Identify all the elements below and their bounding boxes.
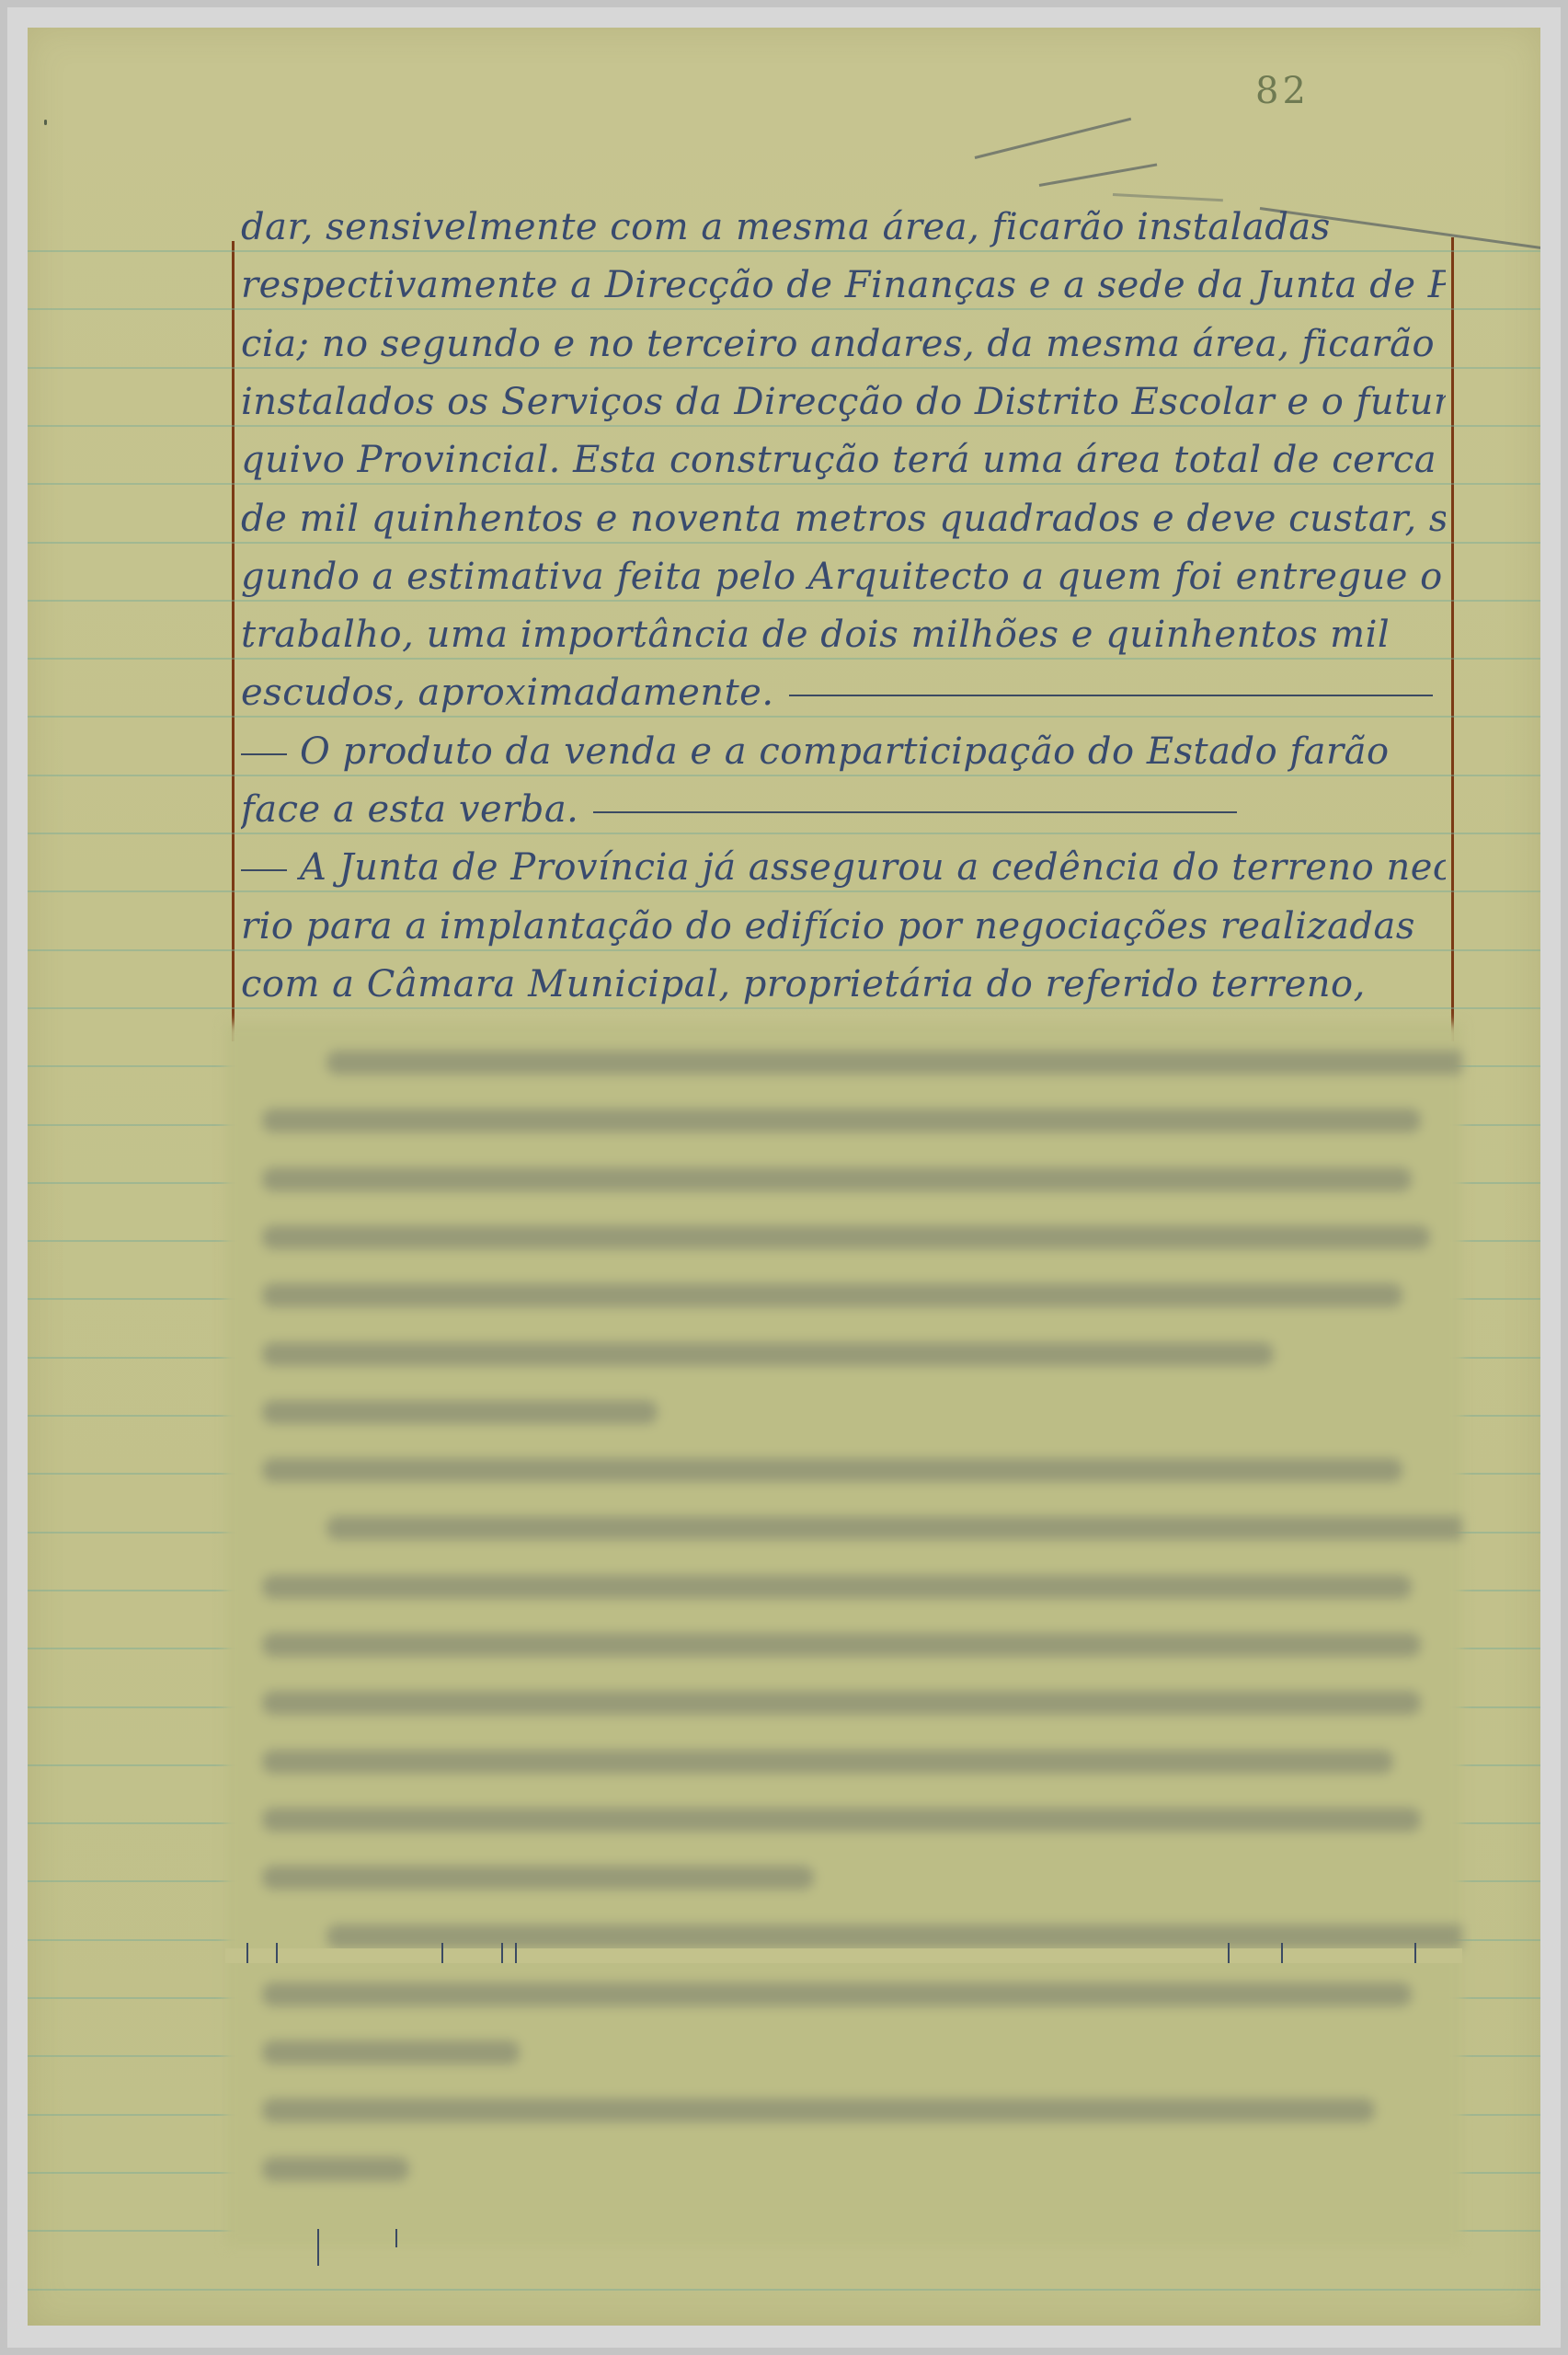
pen-stroke-fragment [441, 1943, 443, 1963]
right-margin-line [1451, 237, 1454, 1041]
handwritten-text: com a Câmara Municipal, proprietária do … [241, 963, 1366, 1005]
handwritten-line: A Junta de Província já assegurou a cedê… [241, 846, 1446, 889]
blurred-text-row [326, 1924, 1462, 1948]
blurred-text-row [262, 1808, 1421, 1832]
pen-stroke-fragment [246, 1943, 248, 1963]
blurred-text-row [262, 1342, 1274, 1366]
ruled-line [28, 833, 1540, 834]
ruled-line [28, 542, 1540, 544]
ruled-line [28, 775, 1540, 776]
ruled-line [28, 949, 1540, 951]
handwritten-text: de mil quinhentos e noventa metros quadr… [241, 498, 1446, 540]
pen-stroke-fragment [317, 2229, 319, 2266]
handwritten-line: gundo a estimativa feita pelo Arquitecto… [241, 556, 1446, 598]
blurred-text-row [262, 1691, 1421, 1715]
pen-stroke-fragment [1281, 1943, 1283, 1963]
handwritten-line: quivo Provincial. Esta construção terá u… [241, 439, 1446, 481]
blurred-text-row [262, 1283, 1402, 1307]
blurred-text-row [262, 1750, 1393, 1774]
pencil-annotation-stroke [975, 118, 1132, 159]
blurred-text-row [262, 1575, 1412, 1599]
blurred-text-row [262, 1109, 1421, 1132]
ruled-line [28, 483, 1540, 485]
ruled-line [28, 425, 1540, 427]
handwritten-line: dar, sensivelmente com a mesma área, fic… [241, 206, 1446, 248]
blurred-text-row [262, 1400, 658, 1424]
manuscript-page: 82 dar, sensivelmente com a mesma área, … [28, 28, 1540, 2326]
pencil-annotation-stroke [1039, 163, 1158, 187]
handwritten-text: O produto da venda e a comparticipação d… [300, 730, 1390, 773]
handwritten-line: respectivamente a Direcção de Finanças e… [241, 264, 1446, 306]
blurred-text-row [262, 1458, 1402, 1482]
handwritten-text: respectivamente a Direcção de Finanças e… [241, 264, 1446, 306]
blurred-text-row [262, 1167, 1412, 1191]
pen-stroke-fragment [395, 2229, 397, 2247]
ruled-line [28, 250, 1540, 252]
ruled-line [28, 600, 1540, 602]
blurred-text-row [262, 2040, 520, 2064]
blurred-text-row [262, 2157, 409, 2181]
handwritten-text: cia; no segundo e no terceiro andares, d… [241, 323, 1435, 365]
handwritten-line: de mil quinhentos e noventa metros quadr… [241, 498, 1446, 540]
blurred-text-row [326, 1051, 1462, 1074]
pen-stroke-fragment [515, 1943, 517, 1963]
handwritten-line: escudos, aproximadamente. [241, 672, 1446, 714]
pencil-annotation-stroke [1113, 193, 1223, 201]
pen-stroke-fragment [1414, 1943, 1416, 1963]
blurred-text-row [262, 1982, 1412, 2006]
trailing-rule [593, 811, 1237, 813]
page-number: 82 [1255, 70, 1310, 112]
blurred-text-row [262, 1633, 1421, 1657]
ruled-line [28, 308, 1540, 310]
handwritten-text: A Junta de Província já assegurou a cedê… [300, 846, 1446, 889]
blurred-text-row [262, 1225, 1430, 1249]
handwritten-text: face a esta verba. [241, 788, 578, 831]
trailing-rule [789, 695, 1433, 696]
handwritten-line: O produto da venda e a comparticipação d… [241, 730, 1446, 773]
pen-stroke-fragment [1228, 1943, 1230, 1963]
blurred-text-row [326, 1516, 1462, 1540]
handwritten-text: trabalho, uma importância de dois milhõe… [241, 614, 1390, 656]
leading-dash [241, 869, 287, 871]
handwritten-line: cia; no segundo e no terceiro andares, d… [241, 323, 1446, 365]
leading-dash [241, 753, 287, 755]
handwritten-text: gundo a estimativa feita pelo Arquitecto… [241, 556, 1443, 598]
handwritten-text: escudos, aproximadamente. [241, 672, 774, 714]
ruled-line [28, 367, 1540, 369]
handwritten-line: rio para a implantação do edifício por n… [241, 905, 1446, 948]
left-margin-line [232, 241, 235, 1041]
pen-stroke-fragment [276, 1943, 278, 1963]
handwritten-line: instalados os Serviços da Direcção do Di… [241, 381, 1446, 423]
ruled-line [28, 658, 1540, 660]
pen-stroke-fragment [501, 1943, 503, 1963]
ruled-line [28, 716, 1540, 718]
ruled-line [28, 1007, 1540, 1009]
handwritten-text: rio para a implantação do edifício por n… [241, 905, 1415, 948]
paper-speck [44, 120, 47, 125]
blurred-text-row [262, 1866, 814, 1890]
ruled-line [28, 2289, 1540, 2291]
handwritten-text: dar, sensivelmente com a mesma área, fic… [241, 206, 1331, 248]
blurred-text-row [262, 2098, 1375, 2122]
handwritten-text: instalados os Serviços da Direcção do Di… [241, 381, 1446, 423]
redacted-section [225, 1023, 1462, 2246]
handwritten-line: trabalho, uma importância de dois milhõe… [241, 614, 1446, 656]
handwritten-text: quivo Provincial. Esta construção terá u… [241, 439, 1436, 481]
handwritten-line: com a Câmara Municipal, proprietária do … [241, 963, 1446, 1005]
ruled-line [28, 890, 1540, 892]
unblurred-strip [225, 1948, 1462, 1963]
handwritten-line: face a esta verba. [241, 788, 1446, 831]
